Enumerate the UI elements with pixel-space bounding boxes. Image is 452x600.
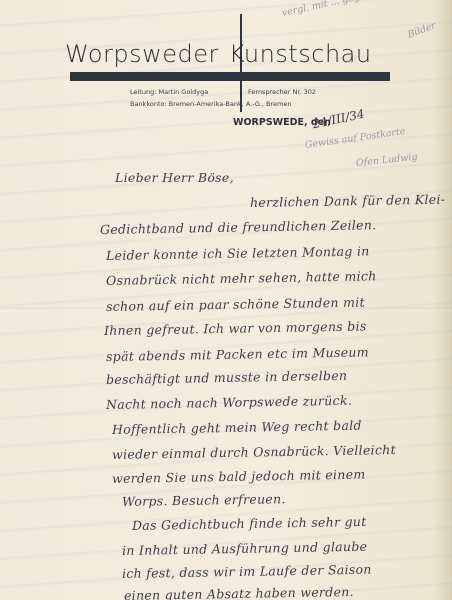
letterhead-bar bbox=[70, 72, 390, 81]
salutation: Lieber Herr Böse, bbox=[115, 170, 234, 185]
letterhead-title: WorpswederKunstschau bbox=[65, 40, 372, 68]
letterhead-title-part1: Worpsweder bbox=[65, 40, 219, 68]
letter-line: Worps. Besuch erfreuen. bbox=[122, 491, 286, 509]
letterhead-bank: Bankkonto: Bremen-Amerika-Bank, A.-G., B… bbox=[130, 100, 292, 108]
letterhead-title-part2: Kunstschau bbox=[229, 40, 372, 68]
letter-line: einen guten Absatz haben werden. bbox=[124, 584, 354, 600]
letterhead-divider bbox=[240, 14, 242, 112]
letterhead-phone: Fernsprecher Nr. 302 bbox=[248, 88, 316, 96]
letterhead-director: Leitung: Martin Goldyga bbox=[130, 88, 208, 96]
